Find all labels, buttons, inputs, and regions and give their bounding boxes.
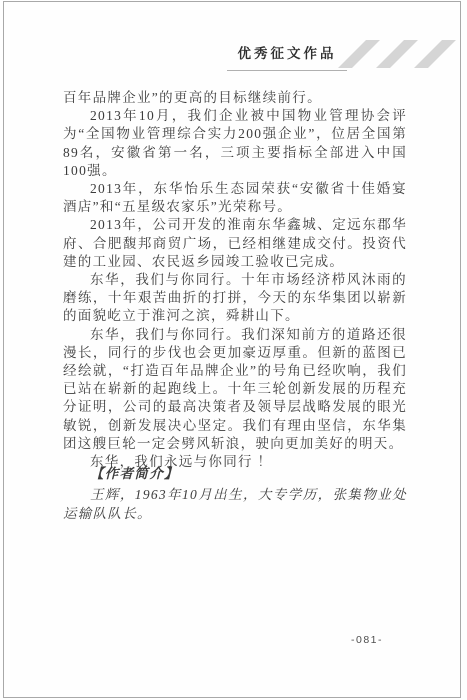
decorative-slashes-icon: [352, 40, 462, 68]
paragraph: 东华，我们与你同行。我们深知前方的道路还很漫长，同行的步伐也会更加豪迈厚重。但新…: [63, 326, 407, 453]
page-header: 优秀征文作品: [0, 38, 467, 72]
header-title-block: 优秀征文作品: [227, 42, 347, 71]
paragraph: 东华，我们与你同行。十年市场经济栉风沐雨的磨练，十年艰苦曲折的打拼，今天的东华集…: [63, 271, 407, 326]
paragraph: 2013年10月，我们企业被中国物业管理协会评为“全国物业管理综合实力200强企…: [63, 107, 407, 180]
page-number: -081-: [351, 634, 383, 646]
author-bio: 王辉，1963年10月出生，大专学历，张集物业处运输队队长。: [63, 485, 407, 524]
header-title: 优秀征文作品: [238, 46, 337, 61]
author-heading: 【作者简介】: [63, 464, 407, 484]
book-page: 优秀征文作品 百年品牌企业”的更高的目标继续前行。 2013年10月，我们企业被…: [0, 0, 467, 700]
essay-body: 百年品牌企业”的更高的目标继续前行。 2013年10月，我们企业被中国物业管理协…: [63, 89, 407, 471]
paragraph: 2013年，东华怡乐生态园荣获“安徽省十佳婚宴酒店”和“五星级农家乐”光荣称号。: [63, 180, 407, 216]
slash-icon: [414, 40, 456, 68]
slash-icon: [376, 40, 418, 68]
author-section: 【作者简介】 王辉，1963年10月出生，大专学历，张集物业处运输队队长。: [63, 464, 407, 524]
paragraph: 百年品牌企业”的更高的目标继续前行。: [63, 89, 407, 107]
paragraph: 2013年，公司开发的淮南东华鑫城、定远东郡华府、合肥馥邦商贸广场，已经相继建成…: [63, 216, 407, 271]
